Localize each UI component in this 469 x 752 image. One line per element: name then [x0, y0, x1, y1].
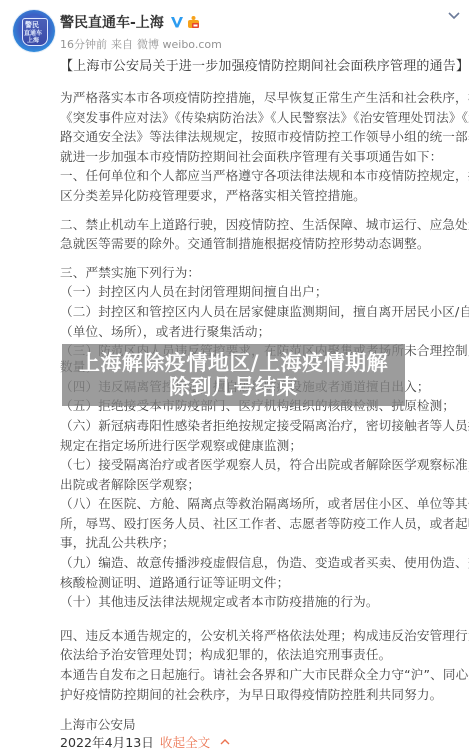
signature: 上海市公安局 [60, 714, 136, 733]
post-meta: 16分钟前 来自 微博 weibo.com [60, 36, 222, 52]
vip-crown-icon [186, 15, 201, 30]
chevron-up-icon[interactable] [220, 738, 230, 745]
body-line: 《突发事件应对法》《传染病防治法》《人民警察法》《治安管理处罚法》《道 [60, 108, 455, 128]
body-line: 依法给予治安管理处罚；构成犯罪的，依法追究刑事责任。 [60, 645, 455, 665]
headline-overlay: 上海解除疫情地区/上海疫情期解 除到几号结束 [62, 344, 405, 406]
paragraph-gap [60, 254, 455, 263]
body-line: （一）封控区内人员在封闭管理期间擅自出户； [60, 282, 455, 302]
body-line: 规定在指定场所进行医学观察或健康监测； [60, 436, 455, 456]
post-time[interactable]: 16分钟前 [60, 36, 107, 52]
body-line: 事，扰乱公共秩序； [60, 533, 455, 553]
overlay-headline-line2: 除到几号结束 [169, 375, 298, 399]
body-line: 核酸检测证明、道路通行证等证明文件； [60, 573, 455, 593]
body-line: （七）接受隔离治疗或者医学观察人员，符合出院或者解除医学观察标准，拒绝 [60, 455, 455, 475]
body-line: （单位、场所），或者进行聚集活动； [60, 322, 455, 342]
post-source[interactable]: 微博 weibo.com [137, 36, 222, 52]
body-line: 一、任何单位和个人都应当严格遵守各项法律法规和本市疫情防控规定，按照分 [60, 166, 455, 186]
post-title: 【上海市公安局关于进一步加强疫情防控期间社会面秩序管理的通告】 [60, 55, 469, 74]
date-row: 2022年4月13日 收起全文 [60, 732, 230, 751]
author-row: 警民直通车-上海 [60, 12, 201, 32]
body-line: 三、严禁实施下列行为： [60, 263, 455, 283]
paragraph-gap [60, 612, 455, 626]
body-line: 本通告自发布之日起施行。请社会各界和广大市民群众全力守“沪”、同心抗疫，维 [60, 665, 455, 685]
body-line: （十）其他违反法律法规规定或者本市防疫措施的行为。 [60, 592, 455, 612]
body-line: 路交通安全法》等法律法规规定，按照市疫情防控工作领导小组的统一部署，现 [60, 127, 455, 147]
paragraph-gap [60, 206, 455, 215]
body-line: 护好疫情防控期间的社会秩序，为早日取得疫情防控胜利共同努力。 [60, 685, 455, 705]
body-line: 出院或者解除医学观察； [60, 475, 455, 495]
body-line: 急就医等需要的除外。交通管制措施根据疫情防控形势动态调整。 [60, 234, 455, 254]
body-line: 所，辱骂、殴打医务人员、社区工作者、志愿者等防疫工作人员，或者起哄闹 [60, 514, 455, 534]
body-line: （九）编造、故意传播涉疫虚假信息，伪造、变造或者买卖、使用伪造、变造的 [60, 553, 455, 573]
overlay-headline-line1: 上海解除疫情地区/上海疫情期解 [79, 351, 388, 375]
body-line: （六）新冠病毒阳性感染者拒绝按规定接受隔离治疗，密切接触者等人员拒绝按 [60, 416, 455, 436]
body-line: 四、违反本通告规定的，公安机关将严格依法处理；构成违反治安管理行为的， [60, 626, 455, 646]
police-badge-icon: 警民 直通车 上海 [22, 18, 48, 46]
avatar-text-3: 上海 [27, 37, 39, 44]
body-line: （八）在医院、方舱、隔离点等救治隔离场所，或者居住小区、单位等其他场 [60, 494, 455, 514]
avatar-text-2: 直通车 [24, 30, 42, 37]
avatar[interactable]: 警民 直通车 上海 [13, 10, 55, 52]
verified-v-icon [170, 15, 184, 29]
avatar-text-1: 警民 [25, 22, 39, 29]
source-prefix: 来自 [111, 36, 133, 52]
author-name[interactable]: 警民直通车-上海 [60, 12, 164, 32]
body-line: 二、禁止机动车上道路行驶，因疫情防控、生活保障、城市运行、应急处置、紧 [60, 215, 455, 235]
body-line: 为严格落实本市各项疫情防控措施，尽早恢复正常生产生活和社会秩序，根据 [60, 88, 455, 108]
body-line: 区分类差异化防疫管理要求，严格落实相关管控措施。 [60, 186, 455, 206]
body-line: （二）封控区和管控区内人员在居家健康监测期间，擅自离开居民小区/自然村 [60, 302, 455, 322]
collapse-full-text-link[interactable]: 收起全文 [160, 732, 210, 751]
weibo-post: 警民 直通车 上海 警民直通车-上海 16分钟前 来自 微博 weibo.com… [0, 0, 469, 752]
post-date: 2022年4月13日 [60, 732, 154, 751]
body-line: 就进一步加强本市疫情防控期间社会面秩序管理有关事项通告如下： [60, 147, 455, 167]
chevron-down-icon[interactable] [447, 11, 461, 21]
